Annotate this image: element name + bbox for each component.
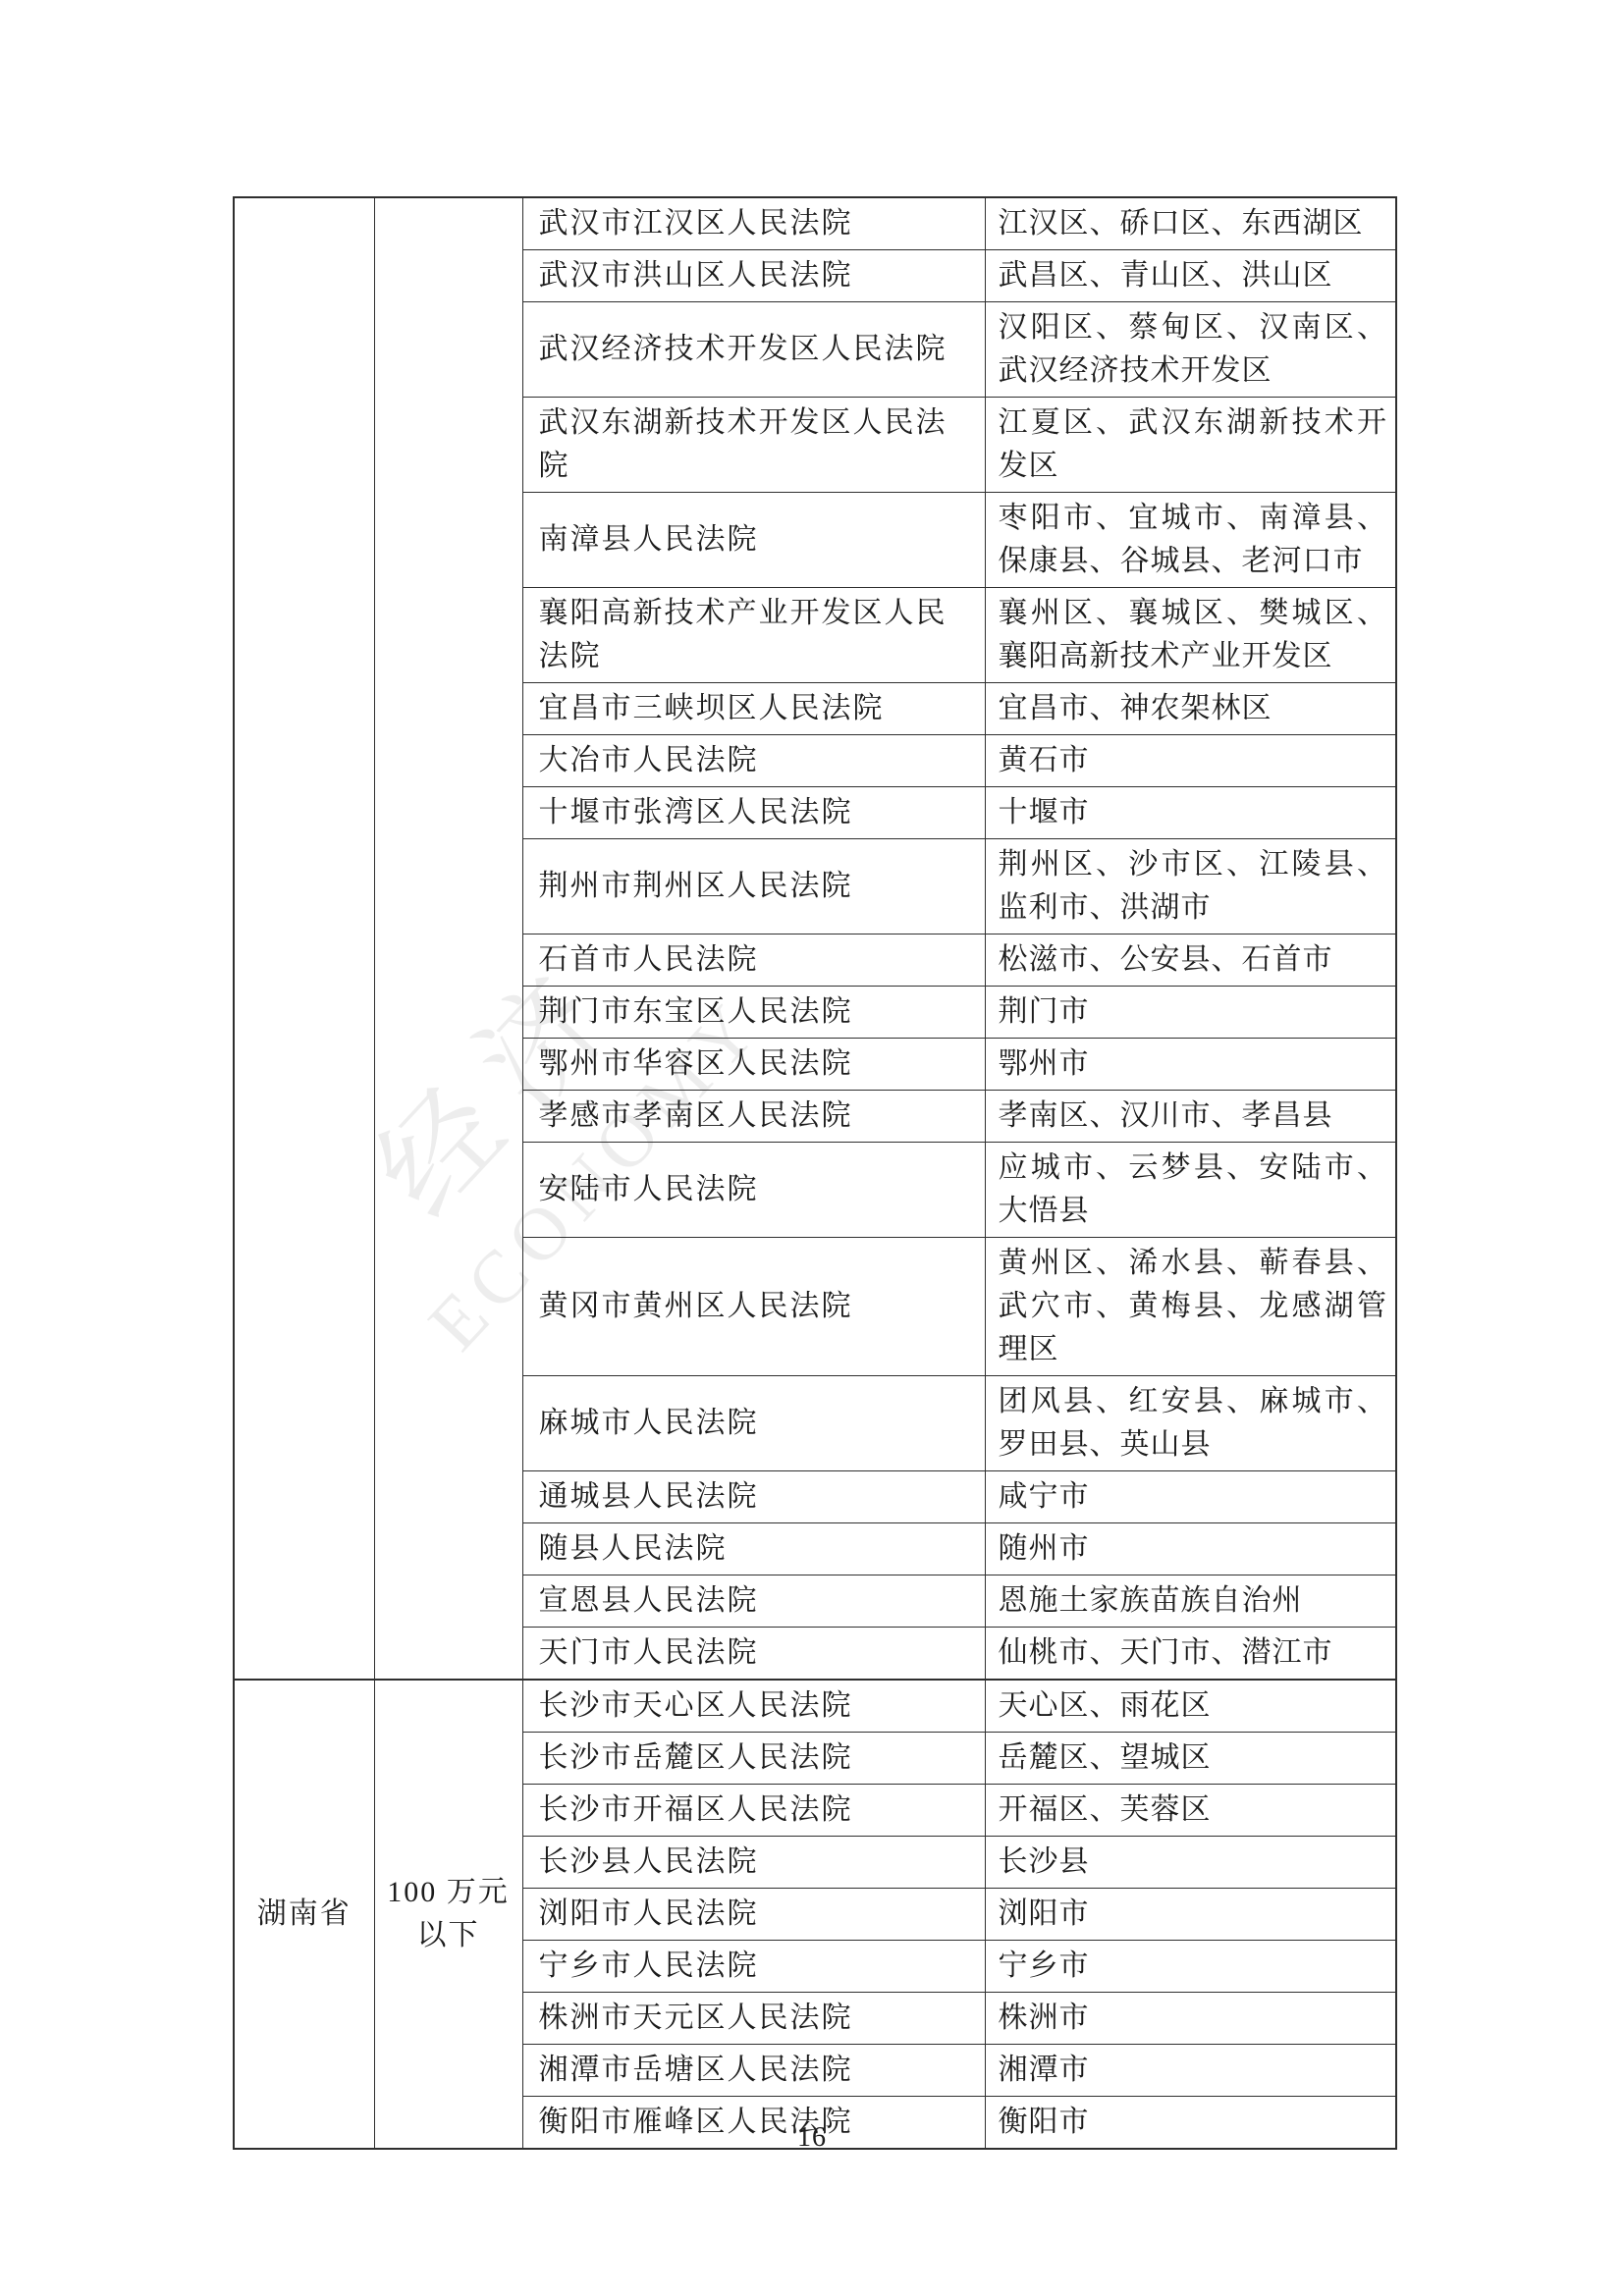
jurisdiction-cell: 咸宁市 xyxy=(985,1471,1396,1523)
court-cell: 株洲市天元区人民法院 xyxy=(522,1993,985,2045)
jurisdiction-cell: 枣阳市、宜城市、南漳县、保康县、谷城县、老河口市 xyxy=(985,493,1396,588)
court-cell: 石首市人民法院 xyxy=(522,934,985,987)
court-cell: 长沙市岳麓区人民法院 xyxy=(522,1733,985,1785)
jurisdiction-table: 武汉市江汉区人民法院江汉区、硚口区、东西湖区武汉市洪山区人民法院武昌区、青山区、… xyxy=(233,196,1397,2150)
court-cell: 随县人民法院 xyxy=(522,1523,985,1575)
jurisdiction-cell: 荆州区、沙市区、江陵县、监利市、洪湖市 xyxy=(985,839,1396,934)
document-page: 经济 ECONOMY 武汉市江汉区人民法院江汉区、硚口区、东西湖区武汉市洪山区人… xyxy=(0,0,1624,2296)
jurisdiction-table-body: 武汉市江汉区人民法院江汉区、硚口区、东西湖区武汉市洪山区人民法院武昌区、青山区、… xyxy=(234,197,1396,2149)
court-cell: 鄂州市华容区人民法院 xyxy=(522,1039,985,1091)
jurisdiction-cell: 恩施土家族苗族自治州 xyxy=(985,1575,1396,1628)
jurisdiction-cell: 仙桃市、天门市、潜江市 xyxy=(985,1628,1396,1681)
jurisdiction-cell: 鄂州市 xyxy=(985,1039,1396,1091)
jurisdiction-cell: 黄州区、浠水县、蕲春县、武穴市、黄梅县、龙感湖管理区 xyxy=(985,1238,1396,1376)
jurisdiction-cell: 十堰市 xyxy=(985,787,1396,839)
jurisdiction-cell: 武昌区、青山区、洪山区 xyxy=(985,250,1396,302)
court-cell: 荆门市东宝区人民法院 xyxy=(522,987,985,1039)
jurisdiction-cell: 宁乡市 xyxy=(985,1941,1396,1993)
jurisdiction-cell: 团风县、红安县、麻城市、罗田县、英山县 xyxy=(985,1376,1396,1471)
jurisdiction-cell: 应城市、云梦县、安陆市、大悟县 xyxy=(985,1143,1396,1238)
table-row: 湖南省100 万元以下长沙市天心区人民法院天心区、雨花区 xyxy=(234,1680,1396,1733)
jurisdiction-cell: 荆门市 xyxy=(985,987,1396,1039)
court-cell: 宣恩县人民法院 xyxy=(522,1575,985,1628)
jurisdiction-cell: 江夏区、武汉东湖新技术开发区 xyxy=(985,398,1396,493)
jurisdiction-cell: 松滋市、公安县、石首市 xyxy=(985,934,1396,987)
court-cell: 通城县人民法院 xyxy=(522,1471,985,1523)
province-cell: 湖南省 xyxy=(234,1680,374,2149)
court-cell: 荆州市荆州区人民法院 xyxy=(522,839,985,934)
court-cell: 麻城市人民法院 xyxy=(522,1376,985,1471)
court-cell: 黄冈市黄州区人民法院 xyxy=(522,1238,985,1376)
jurisdiction-cell: 宜昌市、神农架林区 xyxy=(985,683,1396,735)
amount-cell: 100 万元以下 xyxy=(374,1680,522,2149)
jurisdiction-cell: 汉阳区、蔡甸区、汉南区、武汉经济技术开发区 xyxy=(985,302,1396,398)
page-number: 16 xyxy=(0,2122,1624,2154)
court-cell: 安陆市人民法院 xyxy=(522,1143,985,1238)
court-cell: 襄阳高新技术产业开发区人民法院 xyxy=(522,588,985,683)
court-cell: 武汉东湖新技术开发区人民法院 xyxy=(522,398,985,493)
jurisdiction-cell: 开福区、芙蓉区 xyxy=(985,1785,1396,1837)
court-cell: 湘潭市岳塘区人民法院 xyxy=(522,2045,985,2097)
jurisdiction-cell: 江汉区、硚口区、东西湖区 xyxy=(985,197,1396,250)
court-cell: 浏阳市人民法院 xyxy=(522,1889,985,1941)
court-cell: 长沙市天心区人民法院 xyxy=(522,1680,985,1733)
court-cell: 武汉市江汉区人民法院 xyxy=(522,197,985,250)
jurisdiction-cell: 岳麓区、望城区 xyxy=(985,1733,1396,1785)
court-cell: 孝感市孝南区人民法院 xyxy=(522,1091,985,1143)
jurisdiction-cell: 株洲市 xyxy=(985,1993,1396,2045)
court-cell: 天门市人民法院 xyxy=(522,1628,985,1681)
court-cell: 长沙县人民法院 xyxy=(522,1837,985,1889)
jurisdiction-cell: 天心区、雨花区 xyxy=(985,1680,1396,1733)
amount-cell xyxy=(374,197,522,1680)
jurisdiction-cell: 浏阳市 xyxy=(985,1889,1396,1941)
court-cell: 武汉经济技术开发区人民法院 xyxy=(522,302,985,398)
jurisdiction-cell: 孝南区、汉川市、孝昌县 xyxy=(985,1091,1396,1143)
court-cell: 宜昌市三峡坝区人民法院 xyxy=(522,683,985,735)
jurisdiction-cell: 湘潭市 xyxy=(985,2045,1396,2097)
court-cell: 十堰市张湾区人民法院 xyxy=(522,787,985,839)
jurisdiction-cell: 襄州区、襄城区、樊城区、襄阳高新技术产业开发区 xyxy=(985,588,1396,683)
court-cell: 南漳县人民法院 xyxy=(522,493,985,588)
court-cell: 长沙市开福区人民法院 xyxy=(522,1785,985,1837)
court-cell: 宁乡市人民法院 xyxy=(522,1941,985,1993)
jurisdiction-cell: 长沙县 xyxy=(985,1837,1396,1889)
table-row: 武汉市江汉区人民法院江汉区、硚口区、东西湖区 xyxy=(234,197,1396,250)
jurisdiction-cell: 随州市 xyxy=(985,1523,1396,1575)
court-cell: 武汉市洪山区人民法院 xyxy=(522,250,985,302)
province-cell xyxy=(234,197,374,1680)
jurisdiction-cell: 黄石市 xyxy=(985,735,1396,787)
court-cell: 大冶市人民法院 xyxy=(522,735,985,787)
